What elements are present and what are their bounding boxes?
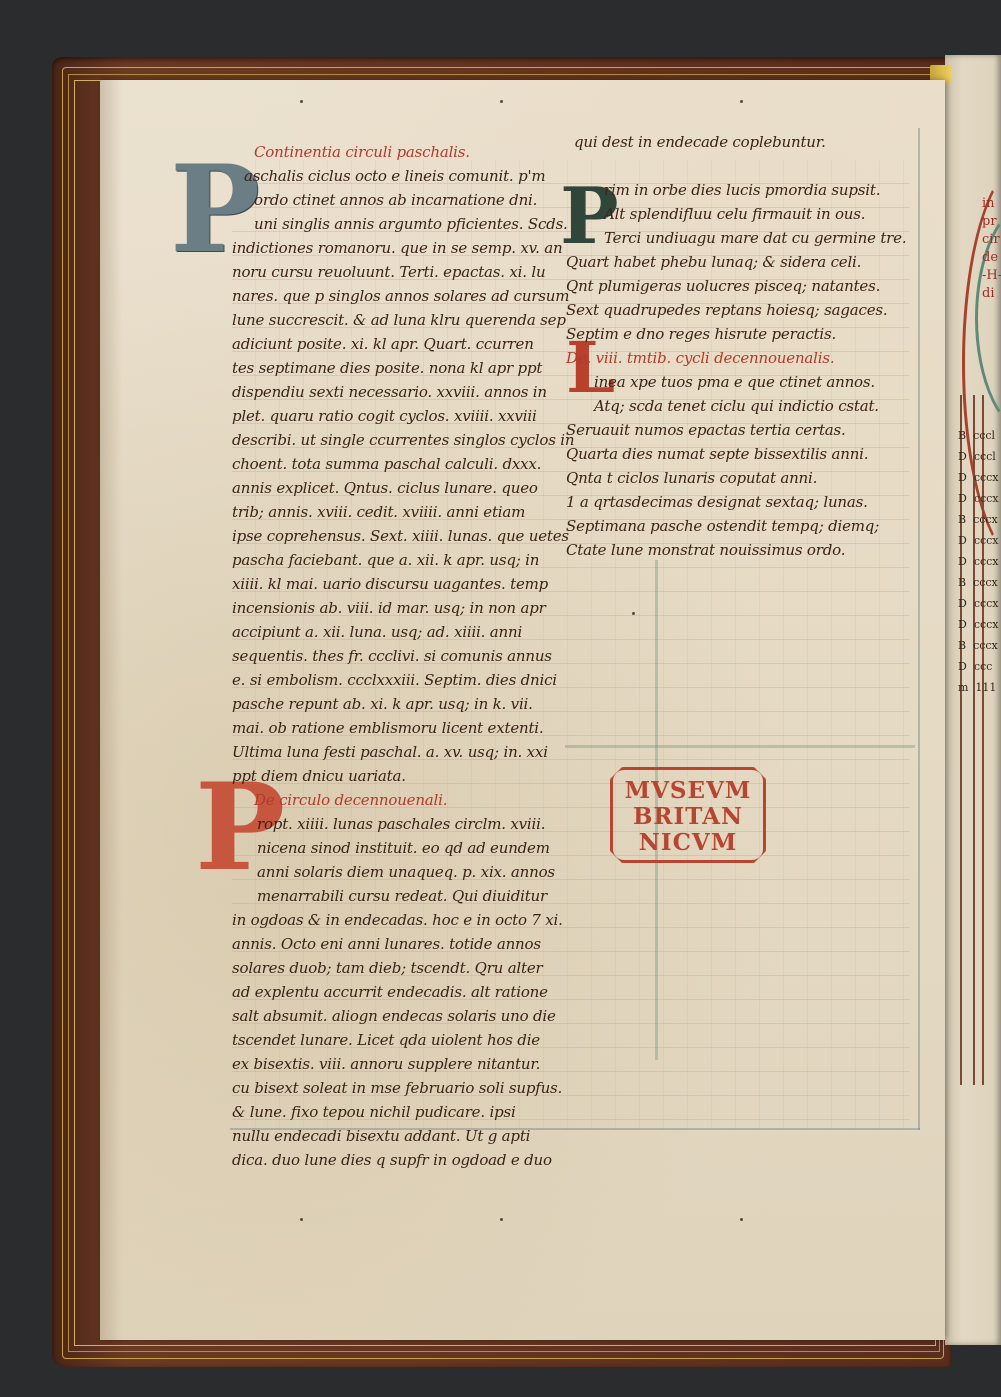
- verse-line: Sext quadrupedes reptans hoiesq; sagaces…: [566, 298, 911, 322]
- pricking-mark: [632, 612, 635, 615]
- stamp-line: BRITAN: [613, 804, 763, 830]
- stamp-line: MVSEVM: [613, 778, 763, 804]
- text-line: accipiunt a. xii. luna. usq; ad. xiiii. …: [232, 620, 562, 644]
- text-line: plet. quaru ratio cogit cyclos. xviiii. …: [232, 404, 562, 428]
- text-line: ordo ctinet annos ab incarnatione dni.: [254, 188, 562, 212]
- text-line: ex bisextis. viii. annoru supplere nitan…: [232, 1052, 562, 1076]
- verse-line: Alt splendifluu celu firmauit in ous.: [604, 202, 911, 226]
- text-line: dispendiu sexti necessario. xxviii. anno…: [232, 380, 562, 404]
- text-line: ropt. xiiii. lunas paschales circlm. xvi…: [257, 812, 562, 836]
- verse-line: Atq; scda tenet ciclu qui indictio cstat…: [594, 394, 911, 418]
- pricking-mark: [740, 1218, 743, 1221]
- text-line: solares duob; tam dieb; tscendt. Qru alt…: [232, 956, 562, 980]
- text-line: lune succrescit. & ad luna klru querenda…: [232, 308, 562, 332]
- text-line: ppt diem dnicu uariata.: [232, 764, 562, 788]
- text-line: aschalis ciclus octo e lineis comunit. p…: [244, 164, 562, 188]
- text-line: cu bisext soleat in mse februario soli s…: [232, 1076, 562, 1100]
- verse-line: Terci undiuagu mare dat cu germine tre.: [604, 226, 911, 250]
- text-line: adiciunt posite. xi. kl apr. Quart. ccur…: [232, 332, 562, 356]
- text-line: Ultima luna festi paschal. a. xv. usq; i…: [232, 740, 562, 764]
- text-line: nicena sinod instituit. eo qd ad eundem: [257, 836, 562, 860]
- rubric-heading: De circulo decennouenali.: [254, 788, 562, 812]
- right-text-column: qui dest in endecade coplebuntur. rim in…: [566, 130, 911, 562]
- text-line: e. si embolism. ccclxxxiii. Septim. dies…: [232, 668, 562, 692]
- text-line: dica. duo lune dies q supfr in ogdoad e …: [232, 1148, 562, 1172]
- facing-page-rubric: in pr cir de A -H- di: [982, 195, 1001, 303]
- text-line: tes septimane dies posite. nona kl apr p…: [232, 356, 562, 380]
- spacer: [566, 154, 911, 178]
- pricking-mark: [740, 100, 743, 103]
- verse-line: Seruauit numos epactas tertia certas.: [566, 418, 911, 442]
- pricking-mark: [500, 1218, 503, 1221]
- verse-line: Quart habet phebu lunaq; & sidera celi.: [566, 250, 911, 274]
- text-line: ipse coprehensus. Sext. xiiii. lunas. qu…: [232, 524, 562, 548]
- museum-stamp: MVSEVM BRITAN NICVM: [610, 767, 766, 863]
- text-line: choent. tota summa paschal calculi. dxxx…: [232, 452, 562, 476]
- verse-line: Septimana pasche ostendit tempq; diemq;: [566, 514, 911, 538]
- rubric-title: Continentia circuli paschalis.: [254, 140, 562, 164]
- text-line: qui dest in endecade coplebuntur.: [574, 130, 911, 154]
- verse-line: Qnta t ciclos lunaris coputat anni.: [566, 466, 911, 490]
- verse-line: Quarta dies numat septe bissextilis anni…: [566, 442, 911, 466]
- verse-line: Ctate lune monstrat nouissimus ordo.: [566, 538, 911, 562]
- text-line: & lune. fixo tepou nichil pudicare. ipsi: [232, 1100, 562, 1124]
- text-line: indictiones romanoru. que in se semp. xv…: [232, 236, 562, 260]
- text-line: noru cursu reuoluunt. Terti. epactas. xi…: [232, 260, 562, 284]
- text-line: trib; annis. xviii. cedit. xviiii. anni …: [232, 500, 562, 524]
- text-line: annis explicet. Qntus. ciclus lunare. qu…: [232, 476, 562, 500]
- text-line: describi. ut single ccurrentes singlos c…: [232, 428, 562, 452]
- text-line: nares. que p singlos annos solares ad cu…: [232, 284, 562, 308]
- text-line: xiiii. kl mai. uario discursu uagantes. …: [232, 572, 562, 596]
- text-line: incensionis ab. viii. id mar. usq; in no…: [232, 596, 562, 620]
- facing-page-table: B cccl D cccl D cccx D cccx B cccx D ccc…: [958, 425, 1001, 698]
- text-line: in ogdoas & in endecadas. hoc e in octo …: [232, 908, 562, 932]
- verse-line: inea xpe tuos pma e que ctinet annos.: [594, 370, 911, 394]
- stamp-line: NICVM: [613, 830, 763, 856]
- pricking-mark: [500, 100, 503, 103]
- text-line: sequentis. thes fr. ccclivi. si comunis …: [232, 644, 562, 668]
- verse-line: Septim e dno reges hisrute peractis.: [566, 322, 911, 346]
- text-line: pasche repunt ab. xi. k apr. usq; in k. …: [232, 692, 562, 716]
- ruling-green-line: [565, 745, 915, 748]
- rubric-heading: De. viii. tmtib. cycli decennouenalis.: [566, 346, 911, 370]
- verse-line: 1 a qrtasdecimas designat sextaq; lunas.: [566, 490, 911, 514]
- text-line: uni singlis annis argumto pficientes. Sc…: [254, 212, 562, 236]
- text-line: pascha faciebant. que a. xii. k apr. usq…: [232, 548, 562, 572]
- text-line: nullu endecadi bisextu addant. Ut g apti: [232, 1124, 562, 1148]
- left-text-column: Continentia circuli paschalis. aschalis …: [232, 140, 562, 1172]
- pricking-mark: [300, 1218, 303, 1221]
- leaf-edge-shadow: [100, 80, 122, 1340]
- pricking-mark: [300, 100, 303, 103]
- text-line: anni solaris diem unaqueq. p. xix. annos: [257, 860, 562, 884]
- text-line: ad explentu accurrit endecadis. alt rati…: [232, 980, 562, 1004]
- verse-line: rim in orbe dies lucis pmordia supsit.: [604, 178, 911, 202]
- text-line: menarrabili cursu redeat. Qui diuiditur: [257, 884, 562, 908]
- text-line: annis. Octo eni anni lunares. totide ann…: [232, 932, 562, 956]
- text-line: tscendet lunare. Licet qda uiolent hos d…: [232, 1028, 562, 1052]
- text-line: mai. ob ratione emblismoru licent extent…: [232, 716, 562, 740]
- text-line: salt absumit. aliogn endecas solaris uno…: [232, 1004, 562, 1028]
- verse-line: Qnt plumigeras uolucres pisceq; natantes…: [566, 274, 911, 298]
- ruling-frame-right: [918, 128, 920, 1130]
